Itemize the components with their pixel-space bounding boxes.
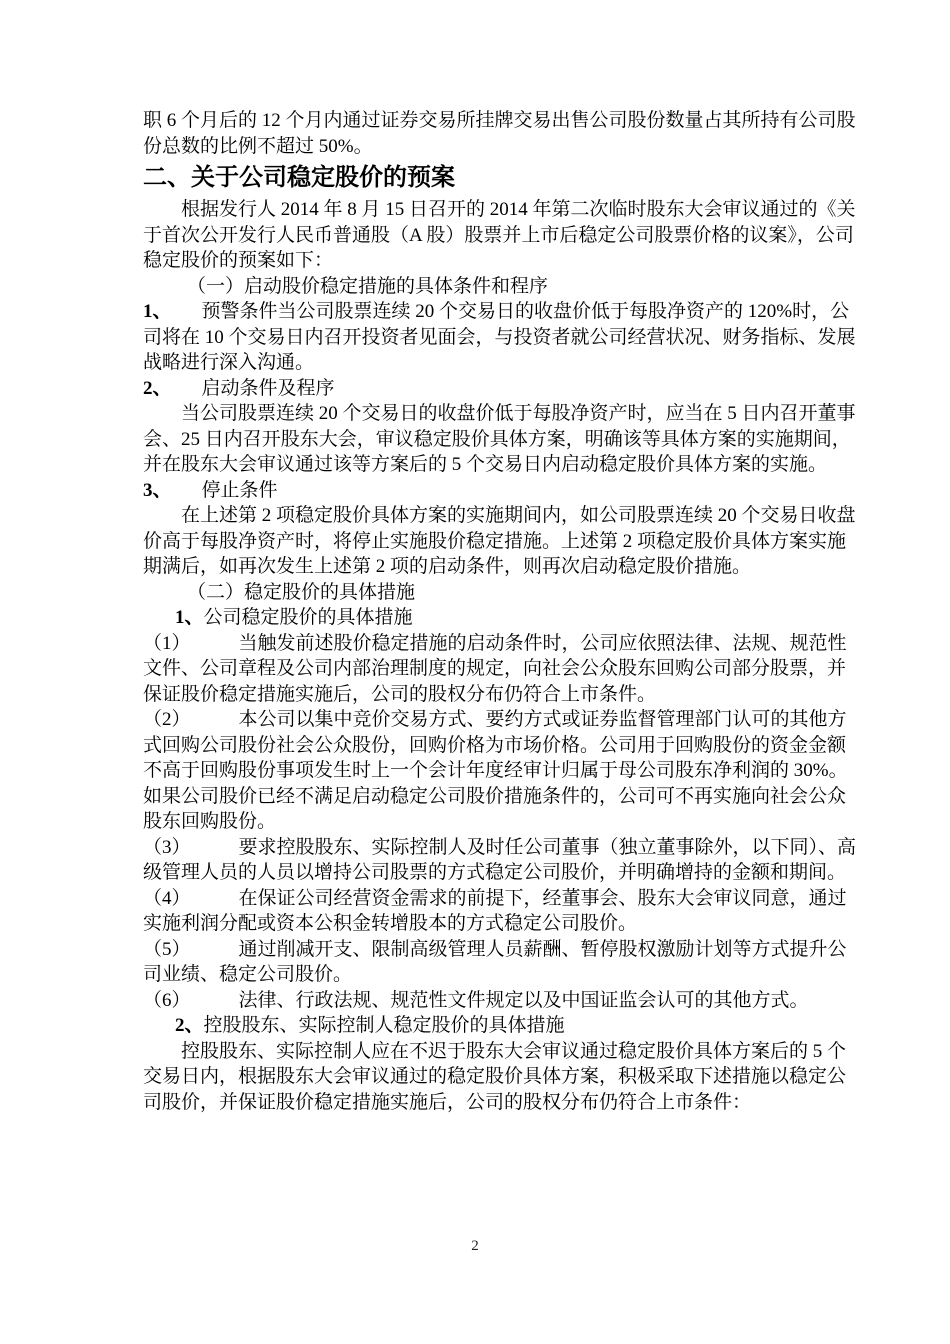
list-marker: 2、 bbox=[175, 1015, 204, 1036]
list-marker: （3） bbox=[143, 837, 191, 858]
paragraph: （4）在保证公司经营资金需求的前提下，经董事会、股东大会审议同意，通过实施利润分… bbox=[143, 886, 857, 937]
paragraph: （3）要求控股股东、实际控制人及时任公司董事（独立董事除外，以下同）、高级管理人… bbox=[143, 835, 857, 886]
paragraph-text: 当触发前述股价稳定措施的启动条件时，公司应依照法律、法规、规范性文件、公司章程及… bbox=[143, 633, 847, 705]
paragraph-text: 停止条件 bbox=[202, 480, 278, 501]
paragraph-text: 二、关于公司稳定股价的预案 bbox=[143, 164, 455, 191]
paragraph-text: 控股股东、实际控制人应在不迟于股东大会审议通过稳定股价具体方案后的 5 个交易日… bbox=[143, 1041, 846, 1113]
list-marker: 2、 bbox=[143, 378, 172, 399]
paragraph-text: 本公司以集中竞价交易方式、要约方式或证券监督管理部门认可的其他方式回购公司股份社… bbox=[143, 709, 848, 832]
document-page: 职 6 个月后的 12 个月内通过证券交易所挂牌交易出售公司股份数量占其所持有公… bbox=[0, 0, 950, 1344]
section-heading: 二、关于公司稳定股价的预案 bbox=[143, 161, 857, 194]
paragraph: （2）本公司以集中竞价交易方式、要约方式或证券监督管理部门认可的其他方式回购公司… bbox=[143, 707, 857, 835]
paragraph: 2、启动条件及程序 bbox=[143, 376, 857, 402]
paragraph-text: 法律、行政法规、规范性文件规定以及中国证监会认可的其他方式。 bbox=[239, 990, 809, 1011]
list-marker: （2） bbox=[143, 709, 191, 730]
list-marker: 1、 bbox=[175, 607, 204, 628]
paragraph-text: 要求控股股东、实际控制人及时任公司董事（独立董事除外，以下同）、高级管理人员的人… bbox=[143, 837, 856, 884]
paragraph-text: 当公司股票连续 20 个交易日的收盘价低于每股净资产时，应当在 5 日内召开董事… bbox=[143, 403, 856, 475]
paragraph: 职 6 个月后的 12 个月内通过证券交易所挂牌交易出售公司股份数量占其所持有公… bbox=[143, 108, 857, 159]
list-marker: 1、 bbox=[143, 301, 172, 322]
paragraph-text: 职 6 个月后的 12 个月内通过证券交易所挂牌交易出售公司股份数量占其所持有公… bbox=[143, 110, 856, 157]
list-marker: （4） bbox=[143, 888, 191, 909]
paragraph: 3、停止条件 bbox=[143, 478, 857, 504]
paragraph-text: （二）稳定股价的具体措施 bbox=[187, 582, 415, 603]
paragraph-text: 根据发行人 2014 年 8 月 15 日召开的 2014 年第二次临时股东大会… bbox=[143, 199, 856, 271]
paragraph: （二）稳定股价的具体措施 bbox=[143, 580, 857, 606]
paragraph: 在上述第 2 项稳定股价具体方案的实施期间内，如公司股票连续 20 个交易日收盘… bbox=[143, 503, 857, 580]
paragraph-text: 在保证公司经营资金需求的前提下，经董事会、股东大会审议同意，通过实施利润分配或资… bbox=[143, 888, 847, 935]
paragraph: （6）法律、行政法规、规范性文件规定以及中国证监会认可的其他方式。 bbox=[143, 988, 857, 1014]
paragraph: （一）启动股价稳定措施的具体条件和程序 bbox=[143, 274, 857, 300]
list-marker: （6） bbox=[143, 990, 191, 1011]
paragraph-text: 控股股东、实际控制人稳定股价的具体措施 bbox=[204, 1015, 565, 1036]
paragraph-text: 预警条件当公司股票连续 20 个交易日的收盘价低于每股净资产的 120%时，公司… bbox=[143, 301, 856, 373]
paragraph-text: 启动条件及程序 bbox=[202, 378, 335, 399]
paragraph: 根据发行人 2014 年 8 月 15 日召开的 2014 年第二次临时股东大会… bbox=[143, 197, 857, 274]
paragraph-text: 在上述第 2 项稳定股价具体方案的实施期间内，如公司股票连续 20 个交易日收盘… bbox=[143, 505, 856, 577]
paragraph-text: （一）启动股价稳定措施的具体条件和程序 bbox=[187, 276, 548, 297]
paragraph: 1、公司稳定股价的具体措施 bbox=[143, 605, 857, 631]
paragraph: 1、预警条件当公司股票连续 20 个交易日的收盘价低于每股净资产的 120%时，… bbox=[143, 299, 857, 376]
list-marker: （5） bbox=[143, 939, 191, 960]
document-body: 职 6 个月后的 12 个月内通过证券交易所挂牌交易出售公司股份数量占其所持有公… bbox=[143, 108, 857, 1115]
paragraph: 当公司股票连续 20 个交易日的收盘价低于每股净资产时，应当在 5 日内召开董事… bbox=[143, 401, 857, 478]
paragraph: 控股股东、实际控制人应在不迟于股东大会审议通过稳定股价具体方案后的 5 个交易日… bbox=[143, 1039, 857, 1116]
paragraph: 2、控股股东、实际控制人稳定股价的具体措施 bbox=[143, 1013, 857, 1039]
list-marker: 3、 bbox=[143, 480, 172, 501]
paragraph: （5）通过削减开支、限制高级管理人员薪酬、暂停股权激励计划等方式提升公司业绩、稳… bbox=[143, 937, 857, 988]
paragraph-text: 公司稳定股价的具体措施 bbox=[204, 607, 413, 628]
paragraph: （1）当触发前述股价稳定措施的启动条件时，公司应依照法律、法规、规范性文件、公司… bbox=[143, 631, 857, 708]
page-number: 2 bbox=[0, 1236, 950, 1256]
list-marker: （1） bbox=[143, 633, 191, 654]
paragraph-text: 通过削减开支、限制高级管理人员薪酬、暂停股权激励计划等方式提升公司业绩、稳定公司… bbox=[143, 939, 847, 986]
